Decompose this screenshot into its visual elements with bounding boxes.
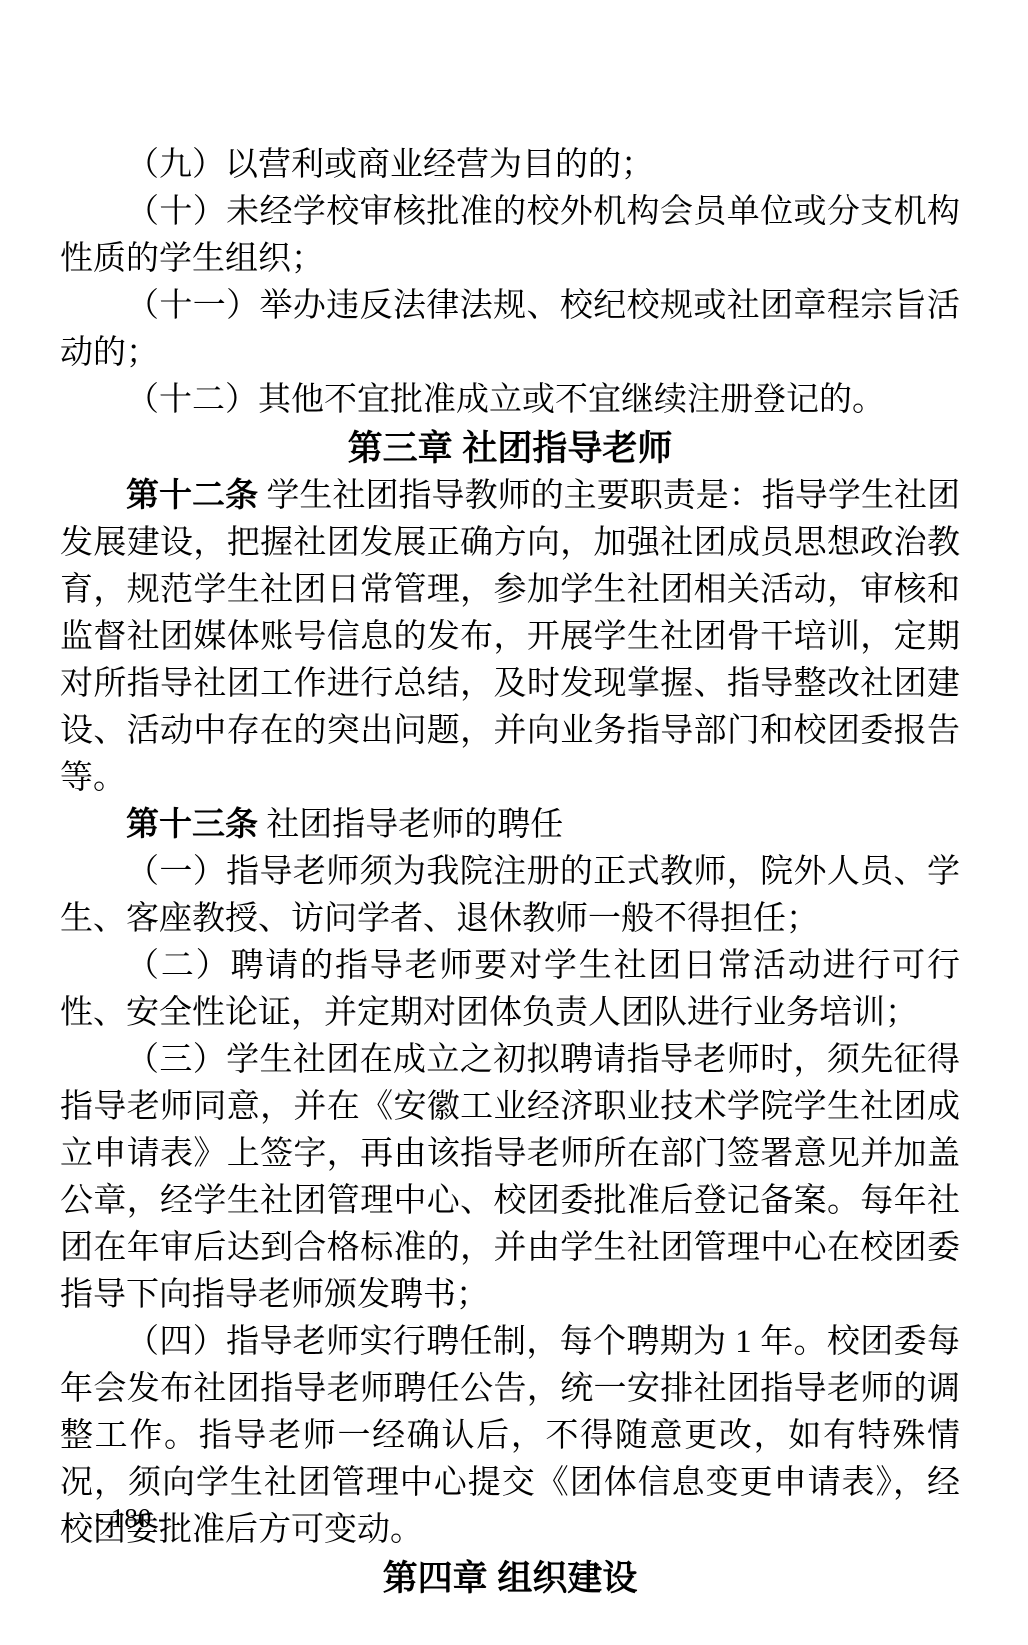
paragraph: 第十二条 学生社团指导教师的主要职责是：指导学生社团发展建设，把握社团发展正确方… bbox=[60, 473, 960, 802]
paragraph: （十一）举办违反法律法规、校纪校规或社团章程宗旨活动的； bbox=[60, 283, 960, 377]
document-page: （九）以营利或商业经营为目的的；（十）未经学校审核批准的校外机构会员单位或分支机… bbox=[0, 0, 1028, 1645]
article-number: 第十二条 bbox=[126, 478, 258, 514]
document-content: （九）以营利或商业经营为目的的；（十）未经学校审核批准的校外机构会员单位或分支机… bbox=[60, 142, 960, 1603]
paragraph-text: 学生社团指导教师的主要职责是：指导学生社团发展建设，把握社团发展正确方向，加强社… bbox=[60, 478, 960, 796]
article-number: 第十三条 bbox=[126, 807, 258, 843]
chapter-heading: 第四章 组织建设 bbox=[60, 1554, 960, 1603]
page-number: - 180 - bbox=[95, 1500, 167, 1536]
paragraph: 第十三条 社团指导老师的聘任 bbox=[60, 802, 960, 849]
paragraph: （二）聘请的指导老师要对学生社团日常活动进行可行性、安全性论证，并定期对团体负责… bbox=[60, 943, 960, 1037]
paragraph: （四）指导老师实行聘任制，每个聘期为 1 年。校团委每年会发布社团指导老师聘任公… bbox=[60, 1319, 960, 1554]
paragraph: （九）以营利或商业经营为目的的； bbox=[60, 142, 960, 189]
paragraph: （十二）其他不宜批准成立或不宜继续注册登记的。 bbox=[60, 377, 960, 424]
paragraph: （十）未经学校审核批准的校外机构会员单位或分支机构性质的学生组织； bbox=[60, 189, 960, 283]
paragraph: （三）学生社团在成立之初拟聘请指导老师时，须先征得指导老师同意，并在《安徽工业经… bbox=[60, 1037, 960, 1319]
paragraph-text: 社团指导老师的聘任 bbox=[266, 807, 563, 843]
chapter-heading: 第三章 社团指导老师 bbox=[60, 424, 960, 473]
paragraph: （一）指导老师须为我院注册的正式教师，院外人员、学生、客座教授、访问学者、退休教… bbox=[60, 849, 960, 943]
